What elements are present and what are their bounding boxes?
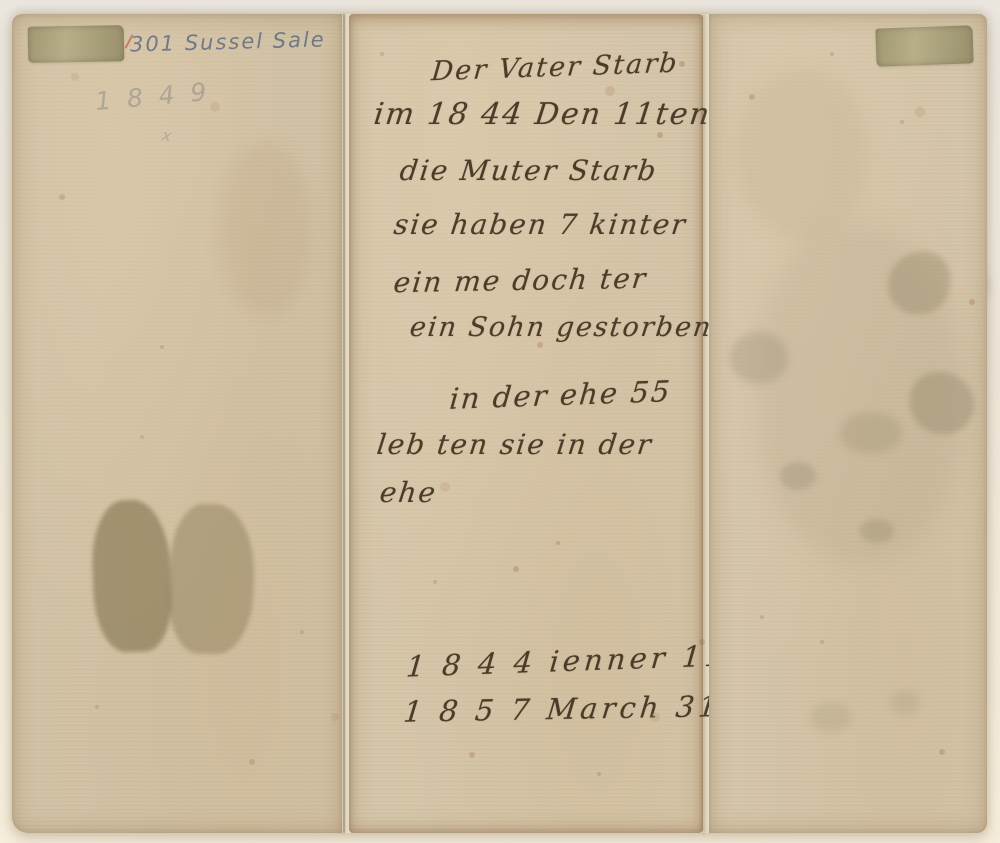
manuscript-date-line-2: 1 8 5 7 March 31 bbox=[402, 689, 723, 729]
stain-right-mid bbox=[840, 412, 902, 454]
stain-right-hook bbox=[888, 252, 950, 314]
manuscript-line-4: sie haben 7 kinter bbox=[392, 208, 689, 241]
fold-crease-left bbox=[343, 14, 345, 833]
tape-residue-top-right bbox=[875, 25, 973, 66]
stain-left-top-smudge bbox=[220, 142, 312, 317]
scan-background: Der Vater Starb im 18 44 Den 11ten die M… bbox=[0, 0, 1000, 843]
stain-left-blob-light bbox=[167, 503, 256, 656]
stain-right-wash bbox=[756, 224, 966, 564]
panel-right bbox=[709, 14, 987, 833]
stain-right-bottom-2 bbox=[890, 690, 920, 714]
catalog-annotation: 301 Sussel Sale bbox=[130, 27, 326, 56]
manuscript-line-2: im 18 44 Den 11ten bbox=[372, 97, 713, 132]
manuscript-date-line-1: 1 8 4 4 ienner 11 bbox=[405, 638, 729, 683]
fold-crease-right bbox=[702, 14, 705, 833]
manuscript-line-6: ein Sohn gestorben bbox=[408, 312, 714, 343]
manuscript-line-3: die Muter Starb bbox=[398, 154, 660, 187]
stain-right-c-shape bbox=[910, 372, 974, 434]
panel-left bbox=[12, 14, 342, 833]
stain-right-small-1 bbox=[780, 462, 816, 490]
stain-right-top bbox=[738, 69, 868, 239]
manuscript-line-7: in der ehe 55 bbox=[448, 374, 673, 416]
manuscript-line-9: ehe bbox=[378, 476, 439, 509]
tape-residue-top-left bbox=[28, 25, 125, 63]
stain-left-blob-dark bbox=[90, 499, 173, 654]
panel-center: Der Vater Starb im 18 44 Den 11ten die M… bbox=[349, 14, 703, 833]
manuscript-line-1: Der Vater Starb bbox=[430, 48, 680, 88]
stain-right-ring bbox=[730, 332, 788, 384]
stain-right-small-2 bbox=[860, 519, 894, 543]
manuscript-line-8: leb ten sie in der bbox=[375, 428, 655, 461]
manuscript-line-5: ein me doch ter bbox=[392, 262, 649, 299]
document-paper: Der Vater Starb im 18 44 Den 11ten die M… bbox=[12, 14, 987, 833]
stain-right-bottom-1 bbox=[810, 702, 852, 732]
